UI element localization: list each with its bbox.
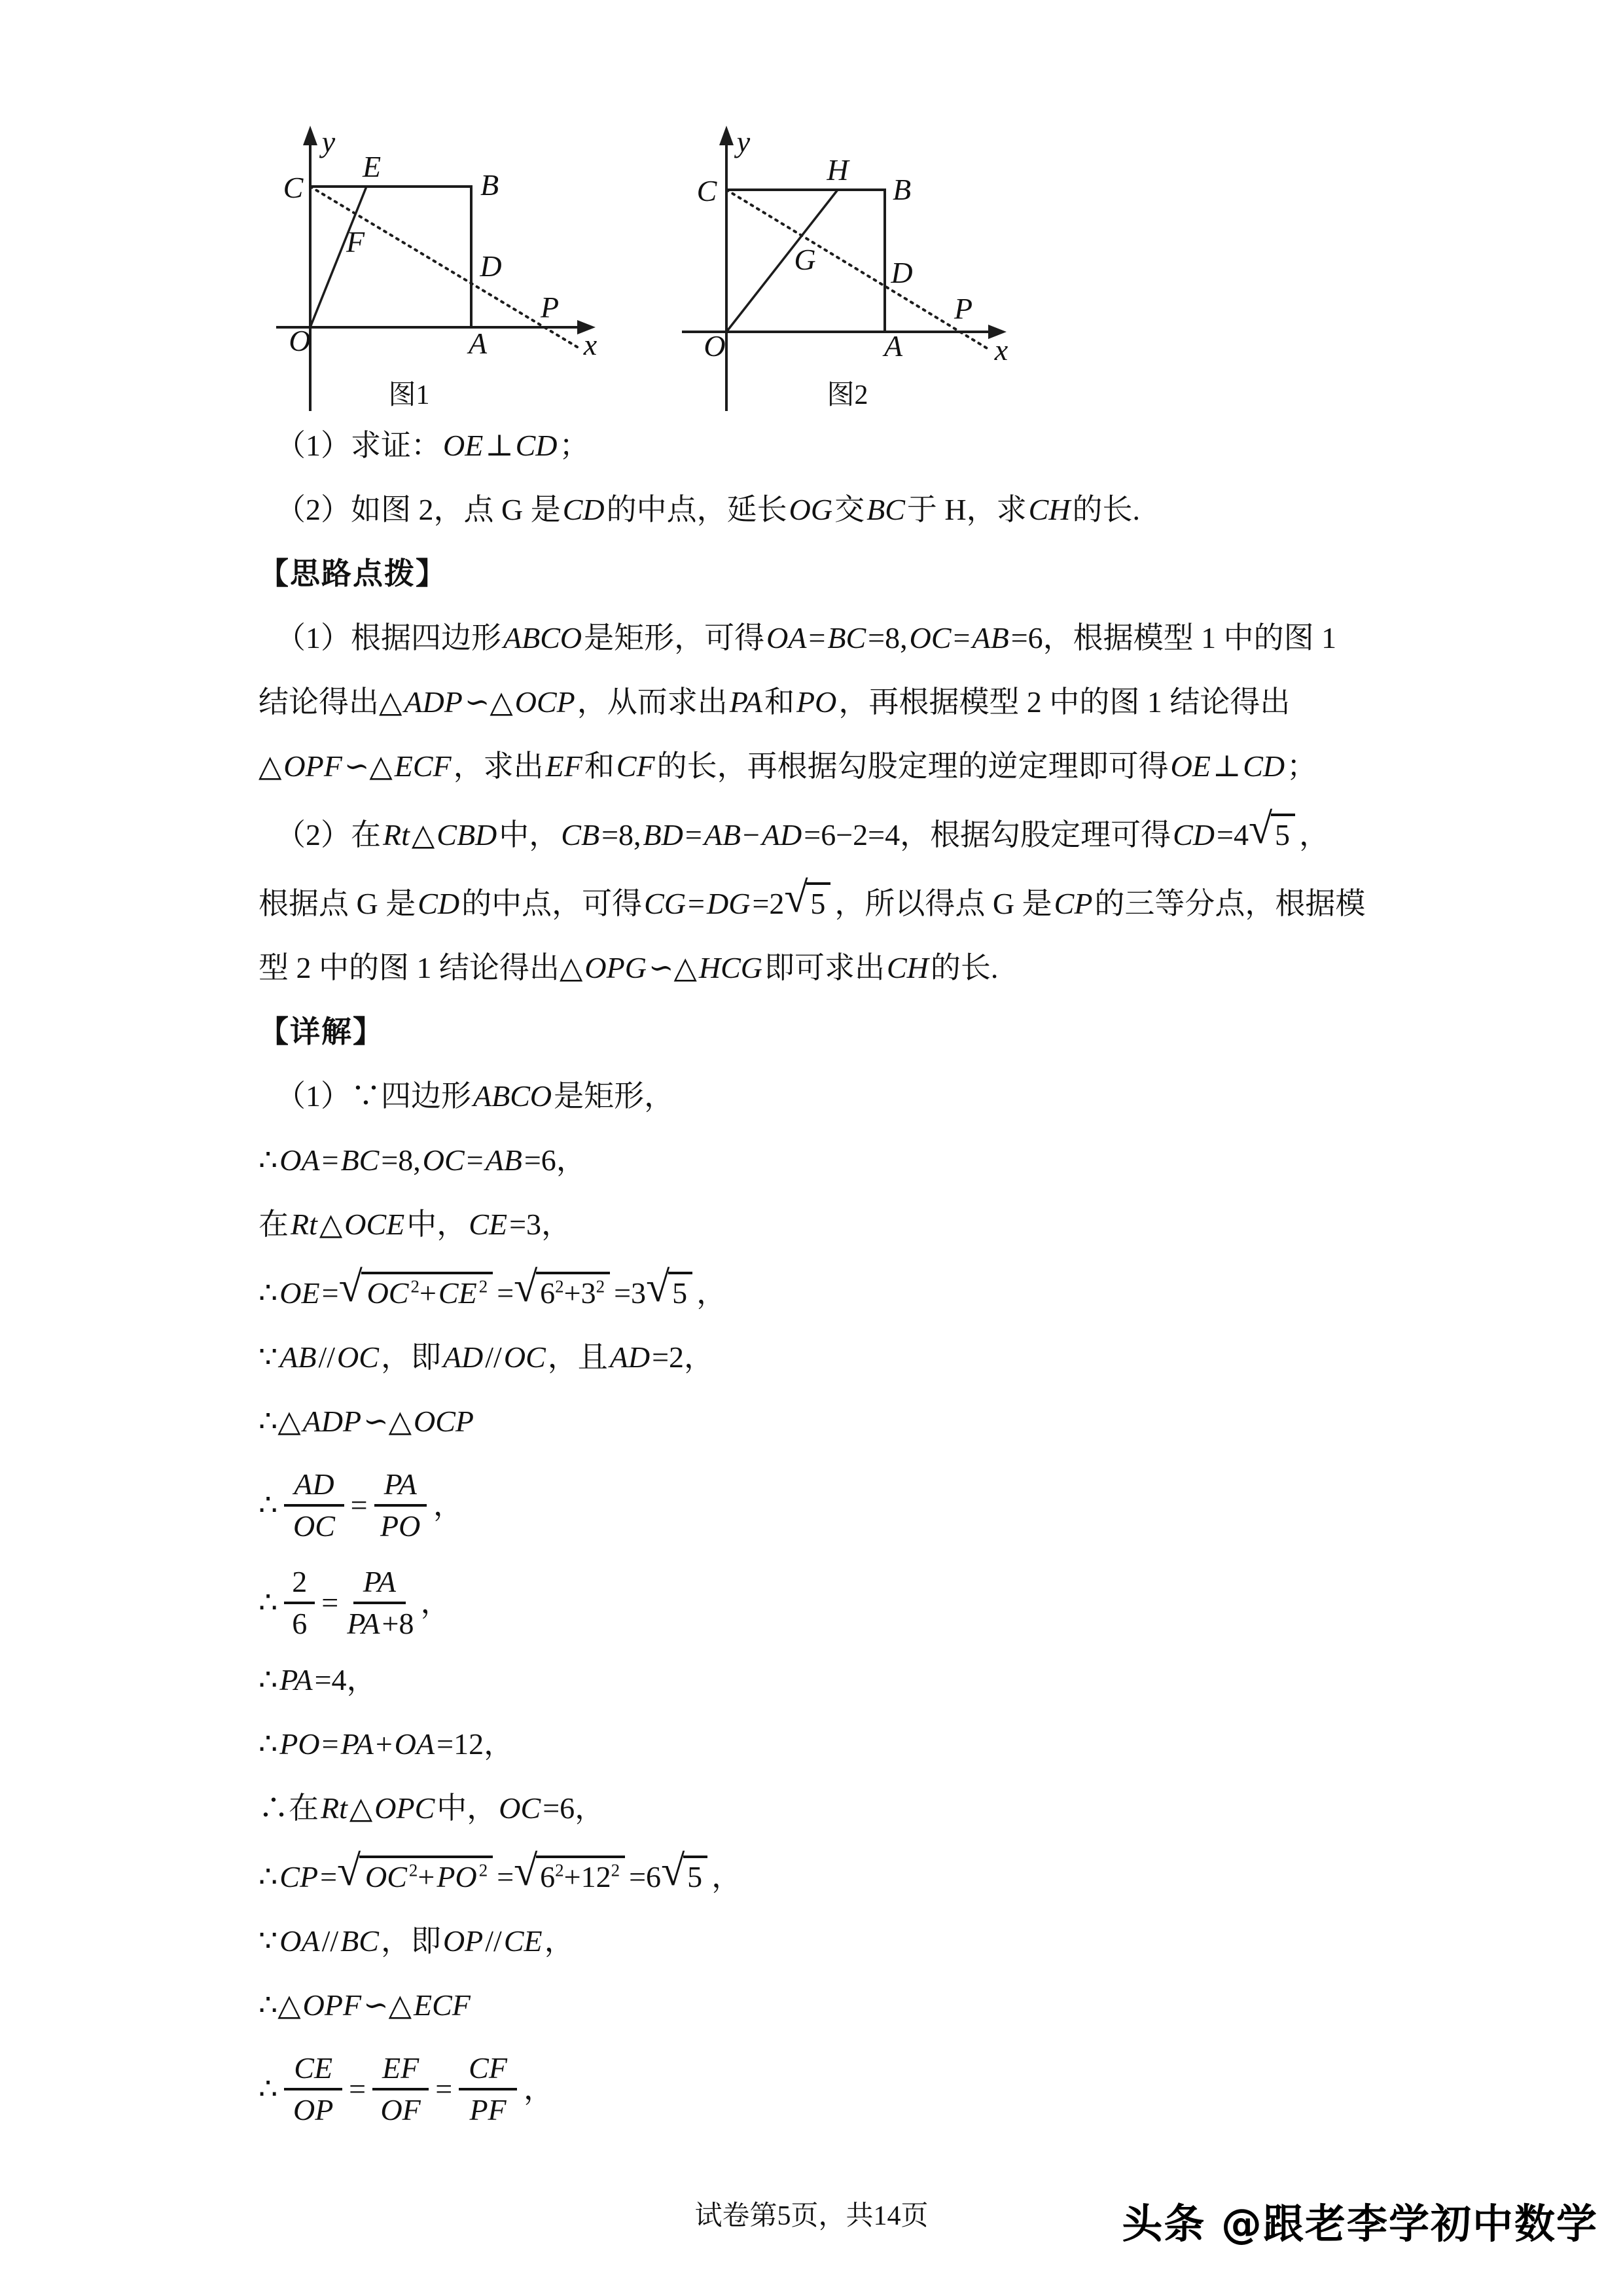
- fraction-numerator: PA: [353, 1566, 406, 1604]
- content-lines: （1）求证：OE⊥CD；（2）如图 2，点 G 是CD的中点，延长OG交BC于 …: [259, 429, 1384, 2150]
- fraction-denominator: 6: [292, 1604, 307, 1640]
- text-line-sol-2: ∴OA=BC=8,OC=AB=6，: [259, 1143, 1384, 1177]
- math-var: CD: [416, 887, 461, 920]
- text: =: [497, 1860, 514, 1893]
- text: ∽△: [344, 749, 393, 783]
- fraction-numerator: CE: [284, 2053, 342, 2090]
- text: +: [419, 1276, 437, 1310]
- math-var: OF: [378, 2093, 422, 2126]
- text: 的三等分点，根据模: [1094, 887, 1365, 920]
- text: =: [808, 621, 825, 655]
- math-var: OPF: [281, 749, 344, 783]
- text: 即可求出: [764, 951, 885, 984]
- math-var: HCG: [697, 951, 764, 984]
- text: ∽△: [363, 1988, 412, 2022]
- text: 6: [540, 1860, 555, 1893]
- math-var: ADP: [301, 1405, 363, 1438]
- math-var: CH: [1027, 493, 1073, 526]
- text: =: [685, 818, 702, 852]
- fig2-label-G: G: [794, 243, 815, 276]
- sqrt-radical: OC2+PO2: [359, 1856, 493, 1894]
- watermark: 头条 @跟老李学初中数学: [1122, 2191, 1598, 2250]
- math-var: PO: [277, 1727, 321, 1761]
- text: 5: [1275, 818, 1290, 852]
- text: ，: [544, 1924, 575, 1958]
- text: =: [322, 1143, 339, 1177]
- text: ∴: [259, 1860, 277, 1893]
- fraction-numerator: EF: [372, 2053, 429, 2090]
- math-var: CE: [502, 1924, 544, 1958]
- text: //: [322, 1924, 339, 1958]
- text: 根据点 G 是: [259, 887, 416, 920]
- math-var: PA: [728, 685, 764, 719]
- fig1-label-x-axis: x: [583, 328, 597, 361]
- text-line-sol-15: ∴CEOP=EFOF=CFPF，: [259, 2053, 1384, 2126]
- text: +: [418, 1860, 435, 1893]
- text-line-sol-10: ∴PO=PA+OA=12，: [259, 1727, 1384, 1761]
- fraction-denominator: PF: [467, 2090, 508, 2126]
- fraction-numerator: 2: [284, 1566, 315, 1604]
- math-var: CG: [642, 887, 688, 920]
- text: =: [321, 1586, 338, 1620]
- text: ，且: [548, 1340, 608, 1374]
- math-var: OP: [291, 2093, 335, 2126]
- math-var: ECF: [412, 1988, 473, 2022]
- math-var: OE: [441, 429, 485, 462]
- math-var: OC: [502, 1340, 548, 1374]
- text: ，: [420, 1586, 450, 1620]
- text: ∴△: [259, 1405, 301, 1438]
- text: 的中点，可得: [461, 887, 642, 920]
- sqrt-radical: 5: [683, 1856, 707, 1894]
- text: =: [688, 887, 705, 920]
- text: ，从而求出: [577, 685, 728, 719]
- text: 和: [584, 749, 615, 783]
- text: ，: [1299, 818, 1329, 852]
- text: ，所以得点 G 是: [834, 887, 1052, 920]
- text-line-sol-11: ∴在Rt△OPC中，OC=6，: [259, 1791, 1384, 1825]
- fig2-label-y-axis: y: [734, 125, 751, 158]
- fig1-label-D: D: [479, 249, 501, 283]
- text-line-analysis-2b: 根据点 G 是CD的中点，可得CG=DG=25，所以得点 G 是CP的三等分点，…: [259, 882, 1384, 921]
- fig1-label-E: E: [362, 150, 381, 183]
- text: 于 H，求: [907, 493, 1027, 526]
- math-var: BD: [641, 818, 685, 852]
- text: ，: [711, 1860, 741, 1893]
- superscript: 2: [409, 1861, 418, 1880]
- math-var: BC: [825, 621, 868, 655]
- text-line-analysis-1a: （1）根据四边形ABCO是矩形，可得OA=BC=8,OC=AB=6，根据模型 1…: [259, 621, 1384, 655]
- math-var: PA: [361, 1565, 398, 1598]
- math-var: CD: [514, 429, 560, 462]
- fig1-label-B: B: [480, 168, 499, 202]
- text: ，: [433, 1488, 463, 1522]
- text: 交: [834, 493, 865, 526]
- text: 是矩形，可得: [584, 621, 764, 655]
- fig1-y-arrow-icon: [303, 126, 317, 145]
- math-var: AB: [702, 818, 743, 852]
- sqrt-radical: 62+32: [536, 1272, 610, 1310]
- text-line-sol-13: ∵OA//BC，即OP//CE，: [259, 1924, 1384, 1958]
- text: ⊥: [1213, 749, 1241, 783]
- math-var: OPC: [372, 1791, 437, 1825]
- text: 6: [292, 1607, 307, 1640]
- fraction-denominator: PA+8: [345, 1604, 414, 1640]
- text-line-sol-3: 在Rt△OCE中，CE=3，: [259, 1208, 1384, 1242]
- figure-2: y x C H B G D P O A 图2: [674, 118, 1014, 429]
- fig1-label-O: O: [289, 324, 310, 357]
- text-line-q1: （1）求证：OE⊥CD；: [259, 429, 1384, 463]
- figure-1: y x C E B F D P O A 图1: [268, 118, 609, 429]
- text-line-sol-4: ∴OE=OC2+CE2=62+32=35，: [259, 1272, 1384, 1310]
- fig1-label-C: C: [283, 171, 304, 204]
- math-var: PA: [277, 1663, 314, 1696]
- math-var: OCP: [513, 685, 577, 719]
- text: ∽△: [465, 685, 513, 719]
- math-var: CP: [277, 1860, 320, 1893]
- text: 6: [540, 1276, 555, 1310]
- text: =: [497, 1276, 514, 1310]
- math-var: CE: [437, 1276, 479, 1310]
- math-var: PA: [345, 1607, 382, 1640]
- text: （2）在: [276, 818, 381, 852]
- text: （2）如图 2，点 G 是: [276, 493, 561, 526]
- text: =: [351, 1488, 368, 1522]
- fig1-rectangle-OABC: [310, 187, 471, 327]
- text: ∴: [259, 2072, 277, 2106]
- superscript: 2: [479, 1861, 488, 1880]
- superscript: 2: [410, 1277, 419, 1297]
- math-var: OCE: [342, 1208, 406, 1241]
- fig2-label-x-axis: x: [994, 333, 1008, 367]
- text: =6−2=4，根据勾股定理可得: [804, 818, 1171, 852]
- text: =8,: [601, 818, 641, 852]
- text: △: [349, 1791, 372, 1825]
- text: ∴: [259, 1586, 277, 1620]
- text: −: [743, 818, 760, 852]
- math-var: OA: [277, 1924, 321, 1958]
- math-var: CD: [1241, 749, 1287, 783]
- math-var: AD: [292, 1467, 336, 1501]
- math-var: AB: [277, 1340, 318, 1374]
- text: =6，根据模型 1 中的图 1: [1011, 621, 1336, 655]
- text: （1）∵四边形: [276, 1079, 471, 1113]
- text-line-sol-14: ∴△OPF∽△ECF: [259, 1988, 1384, 2022]
- math-var: ADP: [402, 685, 464, 719]
- text: ∴在: [259, 1791, 319, 1825]
- fig2-line-OH: [726, 190, 838, 332]
- math-var: CD: [1171, 818, 1217, 852]
- fig1-label-y-axis: y: [319, 125, 336, 158]
- text: =4，: [315, 1663, 377, 1696]
- math-var: PA: [382, 1467, 419, 1501]
- text-line-q2: （2）如图 2，点 G 是CD的中点，延长OG交BC于 H，求CH的长.: [259, 493, 1384, 527]
- sqrt-radical: 5: [806, 882, 830, 921]
- text: 的长，再根据勾股定理的逆定理即可得: [657, 749, 1169, 783]
- text-line-sol-12: ∴CP=OC2+PO2=62+122=65，: [259, 1856, 1384, 1894]
- text-line-sol-1: （1）∵四边形ABCO是矩形，: [259, 1079, 1384, 1113]
- text-line-sol-9: ∴PA=4，: [259, 1663, 1384, 1697]
- math-var: OE: [1169, 749, 1213, 783]
- text: =: [322, 1727, 339, 1761]
- fig2-line-CDP-dotted: [726, 190, 990, 350]
- text: =: [954, 621, 971, 655]
- sqrt-radical: 5: [668, 1272, 692, 1310]
- fraction: EFOF: [372, 2053, 429, 2126]
- fraction: CEOP: [284, 2053, 342, 2126]
- text-line-heading-silu: 【思路点拨】: [259, 557, 1384, 591]
- fig1-label-F: F: [346, 225, 365, 259]
- text: ，: [524, 2072, 554, 2106]
- text: =: [467, 1143, 484, 1177]
- text: =6，: [543, 1791, 605, 1825]
- fig1-caption: 图1: [388, 380, 429, 410]
- math-var: OC: [335, 1340, 381, 1374]
- text: 的长.: [1073, 493, 1141, 526]
- math-var: CF: [467, 2051, 509, 2085]
- text: ∵: [259, 1340, 277, 1374]
- math-var: AD: [760, 818, 804, 852]
- fig2-label-B: B: [893, 173, 911, 206]
- text: ，再根据模型 2 中的图 1 结论得出: [838, 685, 1290, 719]
- text: ∽△: [363, 1405, 412, 1438]
- math-var: OC: [365, 1276, 411, 1310]
- text: ，即: [381, 1924, 441, 1958]
- text-line-sol-8: ∴26=PAPA+8，: [259, 1566, 1384, 1640]
- fraction-denominator: PO: [378, 1507, 422, 1542]
- text: =12，: [437, 1727, 514, 1761]
- math-var: Rt: [289, 1208, 319, 1241]
- superscript: 2: [555, 1277, 564, 1297]
- math-var: CD: [561, 493, 607, 526]
- math-var: OA: [764, 621, 808, 655]
- math-var: DG: [705, 887, 752, 920]
- text: 结论得出△: [259, 685, 402, 719]
- text: （1）求证：: [276, 429, 441, 462]
- text: 中，: [406, 1208, 467, 1241]
- text: =3，: [509, 1208, 571, 1241]
- text: 和: [764, 685, 794, 719]
- sqrt-radical: 62+122: [536, 1856, 625, 1894]
- text: =: [349, 2072, 366, 2106]
- text: =: [435, 2072, 452, 2106]
- text-line-sol-5: ∵AB//OC，即AD//OC，且AD=2，: [259, 1340, 1384, 1374]
- text: =8,: [381, 1143, 420, 1177]
- text: 在: [259, 1208, 289, 1241]
- text: ∵: [259, 1924, 277, 1958]
- fraction-numerator: CF: [459, 2053, 517, 2090]
- text: =2: [752, 887, 784, 920]
- math-var: CH: [885, 951, 931, 984]
- text: //: [485, 1340, 502, 1374]
- text: ；: [1287, 749, 1317, 783]
- exam-page: y x C E B F D P O A 图1 y x C H B G: [0, 0, 1623, 2296]
- math-var: ABCO: [501, 621, 584, 655]
- superscript: 2: [555, 1861, 564, 1880]
- fraction: PAPA+8: [345, 1566, 414, 1640]
- math-var: BC: [865, 493, 907, 526]
- text: ⊥: [485, 429, 513, 462]
- math-var: AB: [484, 1143, 524, 1177]
- text: //: [485, 1924, 502, 1958]
- math-var: PO: [435, 1860, 478, 1893]
- math-var: OC: [363, 1860, 409, 1893]
- text: 中，: [499, 818, 559, 852]
- math-var: PO: [378, 1509, 422, 1543]
- text-line-analysis-2a: （2）在Rt△CBD中，CB=8,BD=AB−AD=6−2=4，根据勾股定理可得…: [259, 814, 1384, 852]
- text: 的长.: [931, 951, 999, 984]
- fig1-line-CDP-dotted: [310, 187, 579, 348]
- text: ∴: [259, 1488, 277, 1522]
- fig2-label-D: D: [890, 256, 912, 289]
- text: （1）根据四边形: [276, 621, 501, 655]
- fig2-y-arrow-icon: [719, 126, 734, 145]
- math-var: OPG: [582, 951, 649, 984]
- math-var: CF: [615, 749, 657, 783]
- math-var: OA: [393, 1727, 437, 1761]
- text: =2，: [652, 1340, 714, 1374]
- math-var: AD: [608, 1340, 652, 1374]
- fraction: CFPF: [459, 2053, 517, 2126]
- text-line-analysis-1b: 结论得出△ADP∽△OCP，从而求出PA和PO，再根据模型 2 中的图 1 结论…: [259, 685, 1384, 719]
- text-line-sol-6: ∴△ADP∽△OCP: [259, 1405, 1384, 1439]
- text: 5: [687, 1860, 702, 1893]
- sqrt-radical: OC2+CE2: [361, 1272, 493, 1310]
- math-var: AB: [970, 621, 1010, 655]
- math-var: PF: [467, 2093, 508, 2126]
- math-var: PO: [794, 685, 838, 719]
- math-var: OC: [421, 1143, 467, 1177]
- math-var: CP: [1052, 887, 1095, 920]
- fig2-label-O: O: [704, 329, 725, 363]
- math-var: AD: [441, 1340, 485, 1374]
- text: △: [259, 749, 281, 783]
- text: ∽△: [649, 951, 697, 984]
- text: ；: [560, 429, 590, 462]
- text: +8: [382, 1607, 414, 1640]
- figure-1-canvas: y x C E B F D P O A 图1: [268, 118, 609, 425]
- text: 是矩形，: [554, 1079, 674, 1113]
- fraction-denominator: OP: [291, 2090, 335, 2126]
- fraction: PAPO: [374, 1469, 427, 1543]
- math-var: CE: [467, 1208, 509, 1241]
- text: ，求出: [454, 749, 544, 783]
- math-var: OP: [441, 1924, 485, 1958]
- text-line-analysis-2c: 型 2 中的图 1 结论得出△OPG∽△HCG即可求出CH的长.: [259, 951, 1384, 985]
- text: =6，: [524, 1143, 586, 1177]
- fraction-numerator: PA: [374, 1469, 427, 1507]
- fraction-numerator: AD: [284, 1469, 344, 1507]
- fig2-label-P: P: [954, 292, 972, 325]
- superscript: 2: [479, 1277, 488, 1297]
- fraction: ADOC: [284, 1469, 344, 1543]
- fig2-label-C: C: [697, 174, 718, 207]
- text: 中，: [437, 1791, 497, 1825]
- text: 5: [810, 887, 825, 920]
- math-var: OA: [277, 1143, 321, 1177]
- fraction-denominator: OC: [291, 1507, 337, 1542]
- text: 的中点，延长: [607, 493, 787, 526]
- text-line-sol-7: ∴ADOC=PAPO，: [259, 1469, 1384, 1543]
- fig2-label-A: A: [882, 329, 903, 363]
- text: 型 2 中的图 1 结论得出△: [259, 951, 582, 984]
- text: 2: [292, 1565, 307, 1598]
- fig2-label-H: H: [826, 153, 850, 187]
- figure-2-canvas: y x C H B G D P O A 图2: [674, 118, 1014, 425]
- text: =3: [614, 1276, 646, 1310]
- math-var: ABCO: [471, 1079, 554, 1113]
- text: ∴△: [259, 1988, 301, 2022]
- math-var: OG: [787, 493, 834, 526]
- math-var: OC: [291, 1509, 337, 1543]
- text: △: [319, 1208, 342, 1241]
- text: 【思路点拨】: [259, 557, 447, 590]
- text: ∴: [259, 1727, 277, 1761]
- math-var: CBD: [435, 818, 499, 852]
- text-line-heading-xiangjie: 【详解】: [259, 1015, 1384, 1049]
- math-var: Rt: [381, 818, 412, 852]
- math-var: PA: [339, 1727, 376, 1761]
- text: =: [320, 1860, 337, 1893]
- fig1-label-P: P: [540, 291, 559, 324]
- math-var: EF: [380, 2051, 421, 2085]
- math-var: ECF: [393, 749, 454, 783]
- math-var: Rt: [319, 1791, 349, 1825]
- math-var: BC: [338, 1924, 381, 1958]
- text-line-analysis-1c: △OPF∽△ECF，求出EF和CF的长，再根据勾股定理的逆定理即可得OE⊥CD；: [259, 749, 1384, 783]
- text: ∴: [259, 1143, 277, 1177]
- math-var: BC: [339, 1143, 382, 1177]
- text: =6: [629, 1860, 661, 1893]
- text: ∴: [259, 1663, 277, 1696]
- fig2-caption: 图2: [827, 380, 868, 410]
- text: ，即: [381, 1340, 441, 1374]
- math-var: EF: [544, 749, 584, 783]
- math-var: OCP: [412, 1405, 476, 1438]
- text: //: [318, 1340, 335, 1374]
- fig1-label-A: A: [467, 327, 488, 360]
- text: +12: [564, 1860, 611, 1893]
- fraction: 26: [284, 1566, 315, 1640]
- text: =8,: [868, 621, 907, 655]
- math-var: CE: [292, 2051, 334, 2085]
- text: 【详解】: [259, 1015, 384, 1049]
- fraction-denominator: OF: [378, 2090, 422, 2126]
- math-var: OPF: [301, 1988, 363, 2022]
- superscript: 2: [611, 1861, 620, 1880]
- superscript: 2: [596, 1277, 605, 1297]
- text: =: [322, 1276, 339, 1310]
- text: +: [376, 1727, 393, 1761]
- math-var: OC: [908, 621, 954, 655]
- text: =4: [1217, 818, 1249, 852]
- math-var: CB: [559, 818, 601, 852]
- text: △: [412, 818, 435, 852]
- text: ，: [696, 1276, 726, 1310]
- text: +3: [564, 1276, 596, 1310]
- text: 5: [672, 1276, 687, 1310]
- math-var: OE: [277, 1276, 321, 1310]
- sqrt-radical: 5: [1271, 814, 1295, 852]
- math-var: OC: [497, 1791, 543, 1825]
- text: ∴: [259, 1276, 277, 1310]
